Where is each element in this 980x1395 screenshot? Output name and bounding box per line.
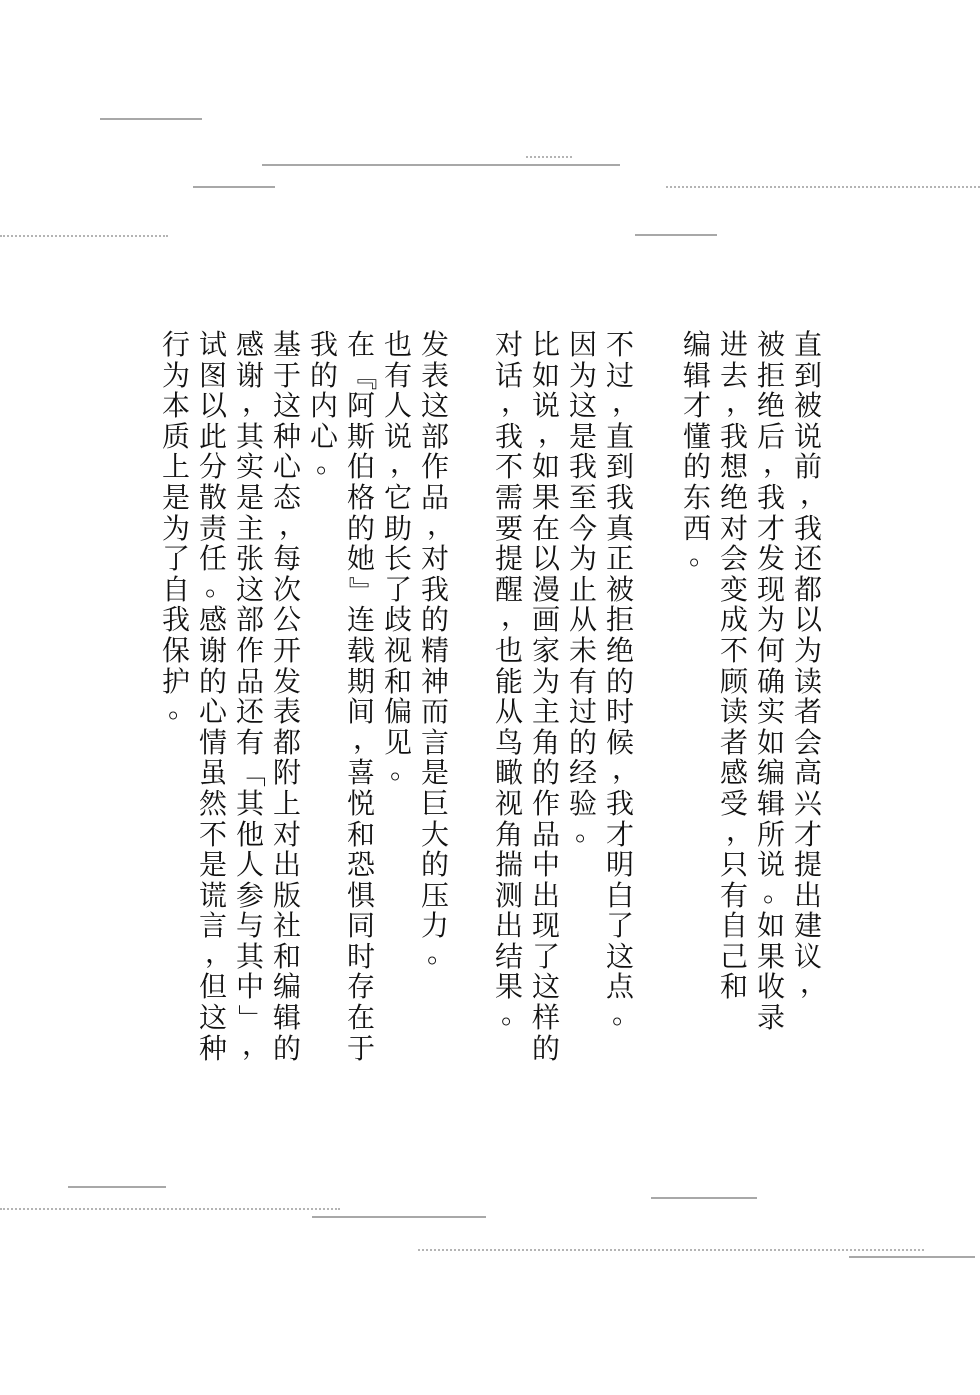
text-char: 变 [718,575,750,606]
text-char: 因 [567,330,599,361]
text-char: 伯 [345,452,377,483]
text-char: 我 [604,483,636,514]
text-char: ， [197,942,229,973]
text-char: 。 [567,820,599,851]
text-char: 者 [718,728,750,759]
text-char: 」 [235,1002,266,1034]
decorative-dotted-line [0,1208,340,1210]
text-char: 「 [235,758,266,790]
text-char: 这 [271,391,303,422]
text-char: 偏 [382,697,414,728]
text-char: 瞰 [493,758,525,789]
text-char: 不 [718,636,750,667]
text-char: 为 [530,667,562,698]
text-char: ， [792,483,824,514]
text-char: 感 [234,330,266,361]
text-char: 有 [234,728,266,759]
text-char: 期 [345,667,377,698]
text-char: 种 [197,1034,229,1065]
text-char: 和 [718,972,750,1003]
text-column: 试图以此分散责任。感谢的心情虽然不是谎言，但这种 [197,330,229,1064]
text-char: 和 [382,667,414,698]
decorative-solid-line [849,1256,975,1258]
text-column: 不过，直到我真正被拒绝的时候，我才明白了这点。 [604,330,636,1034]
text-char: 实 [755,697,787,728]
text-char: 的 [530,758,562,789]
text-char: 为 [567,361,599,392]
text-char: 与 [234,911,266,942]
text-char: 惧 [345,881,377,912]
text-char: 悦 [345,789,377,820]
text-column: 基于这种心态，每次公开发表都附上对出版社和编辑的 [271,330,303,1064]
text-char: 读 [718,697,750,728]
text-char: 人 [382,391,414,422]
text-char: 今 [567,514,599,545]
text-char: ， [234,1034,266,1065]
text-char: 中 [530,850,562,881]
text-char: 心 [197,697,229,728]
text-char: 角 [493,820,525,851]
text-char: 出 [792,881,824,912]
text-char: 是 [197,850,229,881]
text-char: 以 [197,391,229,422]
text-char: ， [271,514,303,545]
text-char: 结 [493,942,525,973]
text-char: 在 [530,514,562,545]
text-column: 也有人说，它助长了歧视和偏见。 [382,330,414,789]
text-char: 和 [271,942,303,973]
text-char: 我 [755,483,787,514]
text-char: 为 [755,605,787,636]
text-char: 进 [718,330,750,361]
text-char: 基 [271,330,303,361]
text-char: 辑 [755,789,787,820]
text-char: 果 [530,483,562,514]
text-char: 部 [234,605,266,636]
text-char: 时 [345,942,377,973]
text-char: 为 [567,544,599,575]
text-column: 发表这部作品，对我的精神而言是巨大的压力。 [419,330,451,972]
text-char: 我 [493,422,525,453]
text-char: 测 [493,881,525,912]
text-char: ， [530,422,562,453]
text-char: 如 [530,361,562,392]
text-char: 他 [234,820,266,851]
text-column: 直到被说前，我还都以为读者会高兴才提出建议， [792,330,824,1003]
text-char: 比 [530,330,562,361]
text-char: 于 [345,1034,377,1065]
text-char: 的 [681,452,713,483]
text-char: 我 [718,422,750,453]
text-char: 在 [345,330,377,361]
text-char: 我 [160,605,192,636]
text-char: 现 [530,911,562,942]
decorative-solid-line [193,186,275,188]
text-char: ， [493,605,525,636]
text-char: 我 [419,575,451,606]
text-char: 样 [530,1003,562,1034]
text-char: 表 [271,697,303,728]
text-char: 。 [755,881,787,912]
text-column: 编辑才懂的东西。 [681,330,713,575]
text-char: 不 [493,452,525,483]
text-char: 感 [197,605,229,636]
text-char: 视 [382,636,414,667]
text-char: 图 [197,361,229,392]
text-char: 绝 [718,483,750,514]
text-char: 真 [604,514,636,545]
decorative-solid-line [312,1216,486,1218]
text-char: 收 [755,972,787,1003]
text-char: 的 [197,667,229,698]
text-char: 和 [345,820,377,851]
text-char: 存 [345,972,377,1003]
text-column: 感谢，其实是主张这部作品还有「其他人参与其中」， [234,330,266,1064]
text-char: 恐 [345,850,377,881]
text-char: 保 [160,636,192,667]
text-char: 何 [755,636,787,667]
text-char: 如 [755,911,787,942]
text-char: 编 [681,330,713,361]
text-char: 辑 [681,361,713,392]
text-char: 出 [271,850,303,881]
text-char: ， [419,514,451,545]
text-char: 对 [419,544,451,575]
text-char: 正 [604,544,636,575]
text-char: 录 [755,1003,787,1034]
text-char: 质 [160,422,192,453]
text-char: 拒 [604,605,636,636]
text-char: 它 [382,483,414,514]
text-char: 本 [160,391,192,422]
text-char: 绝 [604,636,636,667]
text-char: 谢 [197,636,229,667]
text-char: 但 [197,972,229,1003]
text-char: 这 [567,391,599,422]
decorative-solid-line [651,1197,757,1199]
text-char: 她 [345,544,377,575]
text-char: 。 [160,697,192,728]
text-char: 有 [382,361,414,392]
text-char: 高 [792,758,824,789]
decorative-dotted-line [526,156,572,158]
text-char: 直 [604,422,636,453]
text-char: 压 [419,881,451,912]
text-char: 人 [234,850,266,881]
text-char: 想 [718,452,750,483]
text-char: 试 [197,330,229,361]
text-char: 了 [604,911,636,942]
text-column: 在『阿斯伯格的她』连载期间，喜悦和恐惧同时存在于 [345,330,377,1064]
text-char: 辑 [271,1003,303,1034]
text-char: 的 [530,1034,562,1065]
text-char: 的 [604,667,636,698]
text-char: 了 [160,544,192,575]
text-char: 助 [382,514,414,545]
text-char: 版 [271,881,303,912]
text-char: 如 [755,728,787,759]
text-char: 如 [530,452,562,483]
text-char: 现 [755,575,787,606]
text-char: 实 [234,452,266,483]
text-char: 才 [755,514,787,545]
text-char: 这 [234,575,266,606]
text-char: 作 [234,636,266,667]
text-char: 从 [493,697,525,728]
text-char: 品 [530,820,562,851]
text-char: 责 [197,514,229,545]
text-char: 揣 [493,850,525,881]
text-char: ， [718,820,750,851]
text-char: 读 [792,667,824,698]
text-char: 鸟 [493,728,525,759]
text-char: 时 [604,697,636,728]
text-char: 其 [234,789,266,820]
text-char: 明 [604,850,636,881]
text-char: 的 [419,605,451,636]
text-char: 所 [755,820,787,851]
text-char: 我 [567,452,599,483]
text-char: 主 [530,697,562,728]
text-char: ， [493,391,525,422]
text-char: 也 [493,636,525,667]
text-char: 张 [234,544,266,575]
decorative-solid-line [262,164,620,166]
text-char: 每 [271,544,303,575]
text-char: 种 [271,422,303,453]
text-char: ， [382,452,414,483]
text-char: 也 [382,330,414,361]
text-char: 上 [160,452,192,483]
text-char: 其 [234,942,266,973]
text-char: 有 [718,881,750,912]
text-char: 需 [493,483,525,514]
text-char: 我 [604,789,636,820]
text-char: 。 [382,758,414,789]
text-char: 主 [234,514,266,545]
text-char: 在 [345,1003,377,1034]
text-char: 从 [567,605,599,636]
text-char: 精 [419,636,451,667]
text-char: 编 [271,972,303,1003]
text-char: 行 [160,330,192,361]
text-char: 发 [419,330,451,361]
text-char: 虽 [197,758,229,789]
text-char: 谎 [197,881,229,912]
text-char: 开 [271,636,303,667]
text-char: 这 [604,942,636,973]
text-char: 自 [718,911,750,942]
text-char: 确 [755,667,787,698]
text-char: 有 [567,667,599,698]
text-char: 长 [382,544,414,575]
text-char: 为 [160,514,192,545]
text-char: 出 [493,911,525,942]
text-char: 拒 [755,361,787,392]
text-char: 兴 [792,789,824,820]
text-char: 漫 [530,575,562,606]
text-column: 对话，我不需要提醒，也能从鸟瞰视角揣测出结果。 [493,330,525,1034]
text-char: 顾 [718,667,750,698]
text-char: ， [792,972,824,1003]
text-char: 的 [271,1034,303,1065]
text-char: 白 [604,881,636,912]
text-char: 东 [681,483,713,514]
text-char: 同 [345,911,377,942]
text-char: 过 [567,697,599,728]
text-char: 对 [718,514,750,545]
text-char: 止 [567,575,599,606]
text-char: 内 [308,391,340,422]
text-char: 建 [792,911,824,942]
text-char: 参 [234,881,266,912]
text-char: ， [604,758,636,789]
text-char: 编 [755,758,787,789]
text-char: 提 [493,544,525,575]
text-char: 者 [792,697,824,728]
text-char: 这 [419,391,451,422]
text-char: 的 [419,850,451,881]
text-char: 的 [308,361,340,392]
text-char: 于 [271,361,303,392]
text-char: 社 [271,911,303,942]
text-char: 懂 [681,422,713,453]
text-char: 被 [755,330,787,361]
text-char: 会 [792,728,824,759]
text-char: 。 [681,544,713,575]
text-char: 不 [604,330,636,361]
text-char: 自 [160,575,192,606]
text-char: 这 [197,1003,229,1034]
text-char: 到 [604,452,636,483]
decorative-solid-line [68,1186,166,1188]
text-column: 因为这是我至今为止从未有过的经验。 [567,330,599,850]
text-char: 部 [419,422,451,453]
text-column: 我的内心。 [308,330,340,483]
text-char: 散 [197,483,229,514]
text-char: 直 [792,330,824,361]
text-char: 是 [567,422,599,453]
text-char: 都 [792,575,824,606]
text-char: 对 [271,820,303,851]
text-char: 大 [419,820,451,851]
text-char: 作 [530,789,562,820]
text-char: 为 [792,636,824,667]
decorative-dotted-line [490,1249,924,1251]
text-char: 感 [718,758,750,789]
text-char: 。 [604,1003,636,1034]
text-char: 出 [530,881,562,912]
text-char: 阿 [345,391,377,422]
text-char: 斯 [345,422,377,453]
text-char: 是 [419,758,451,789]
text-char: ， [718,391,750,422]
text-char: 。 [493,1003,525,1034]
text-char: 是 [160,483,192,514]
text-char: 提 [792,850,824,881]
text-char: 才 [604,820,636,851]
text-char: 角 [530,728,562,759]
text-char: 要 [493,514,525,545]
text-char: 上 [271,789,303,820]
decorative-solid-line [635,234,717,236]
text-char: 载 [345,636,377,667]
text-char: 被 [792,391,824,422]
text-char: 己 [718,942,750,973]
text-char: 不 [197,820,229,851]
text-char: 家 [530,636,562,667]
text-char: 。 [308,452,340,483]
text-char: 画 [530,605,562,636]
text-char: 发 [271,667,303,698]
text-char: 都 [271,728,303,759]
text-char: 绝 [755,391,787,422]
text-char: 会 [718,544,750,575]
text-char: 格 [345,483,377,514]
text-char: 成 [718,605,750,636]
text-char: 这 [530,972,562,1003]
text-char: ， [345,728,377,759]
text-char: 发 [755,544,787,575]
text-char: 『 [346,360,377,392]
text-char: 还 [792,544,824,575]
text-char: ， [604,391,636,422]
text-char: 只 [718,850,750,881]
text-char: 喜 [345,758,377,789]
text-char: 巨 [419,789,451,820]
text-char: 说 [792,422,824,453]
text-char: 此 [197,422,229,453]
text-char: 神 [419,667,451,698]
text-char: 被 [604,575,636,606]
text-char: 未 [567,636,599,667]
text-char: 公 [271,605,303,636]
text-char: 我 [792,514,824,545]
text-char: 的 [345,514,377,545]
text-char: 以 [530,544,562,575]
text-char: 。 [419,942,451,973]
decorative-dotted-line [666,186,980,188]
text-char: 而 [419,697,451,728]
text-char: ， [755,452,787,483]
text-char: 了 [382,575,414,606]
text-char: 果 [755,942,787,973]
text-char: 连 [345,605,377,636]
text-char: 歧 [382,605,414,636]
text-char: 是 [234,483,266,514]
text-column: 被拒绝后，我才发现为何确实如编辑所说。如果收录 [755,330,787,1034]
text-column: 进去，我想绝对会变成不顾读者感受，只有自己和 [718,330,750,1003]
text-char: 才 [792,820,824,851]
text-char: 至 [567,483,599,514]
text-char: 中 [234,972,266,1003]
text-char: 为 [160,361,192,392]
text-char: 。 [197,575,229,606]
text-char: 经 [567,758,599,789]
text-char: ， [234,391,266,422]
text-char: 能 [493,667,525,698]
text-char: 言 [419,728,451,759]
text-char: 到 [792,361,824,392]
text-char: 以 [792,605,824,636]
text-char: 作 [419,452,451,483]
text-char: 情 [197,728,229,759]
text-column: 比如说，如果在以漫画家为主角的作品中出现了这样的 [530,330,562,1064]
text-char: 对 [493,330,525,361]
decorative-dotted-line [0,235,168,237]
text-char: 还 [234,697,266,728]
text-char: 的 [567,728,599,759]
